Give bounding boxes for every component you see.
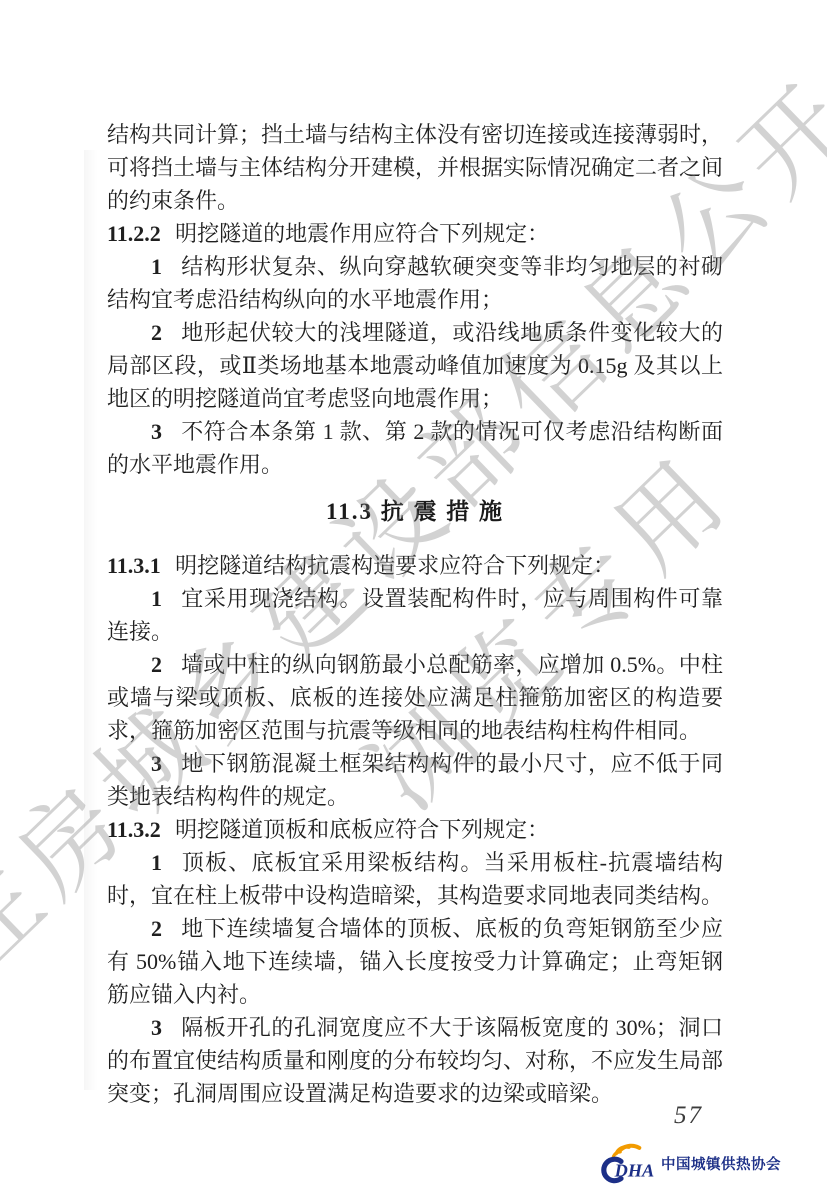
item-text: 墙或中柱的纵向钢筋最小总配筋率，应增加 0.5%。中柱或墙与梁或顶板、底板的连接… [107,652,723,743]
clause-item: 3隔板开孔的孔洞宽度应不大于该隔板宽度的 30%；洞口的布置宜使结构质量和刚度的… [107,1011,723,1110]
item-text: 地下钢筋混凝土框架结构构件的最小尺寸，应不低于同类地表结构构件的规定。 [107,751,723,809]
clause-item: 1结构形状复杂、纵向穿越软硬突变等非均匀地层的衬砌结构宜考虑沿结构纵向的水平地震… [107,250,723,316]
clause-number: 11.2.2 [107,221,161,246]
item-number: 1 [151,254,162,279]
clause-text: 明挖隧道顶板和底板应符合下列规定： [175,817,549,842]
item-text: 地下连续墙复合墙体的顶板、底板的负弯矩钢筋至少应有 50%锚入地下连续墙，锚入长… [107,916,723,1007]
clause-number: 11.3.1 [107,553,161,578]
item-number: 1 [151,850,162,875]
clause-item: 3地下钢筋混凝土框架结构构件的最小尺寸，应不低于同类地表结构构件的规定。 [107,747,723,813]
item-number: 1 [151,586,162,611]
item-number: 3 [151,751,162,776]
clause-item: 2地形起伏较大的浅埋隧道，或沿线地质条件变化较大的局部区段，或Ⅱ类场地基本地震动… [107,316,723,415]
dha-logo-icon: DHA [594,1139,656,1187]
paragraph-text: 结构共同计算；挡土墙与结构主体没有密切连接或连接薄弱时，可将挡土墙与主体结构分开… [107,122,723,213]
logo-abbr-text: DHA [614,1161,655,1181]
clause-text: 明挖隧道结构抗震构造要求应符合下列规定： [175,553,615,578]
paragraph-continuation: 结构共同计算；挡土墙与结构主体没有密切连接或连接薄弱时，可将挡土墙与主体结构分开… [107,118,723,217]
clause-item: 2墙或中柱的纵向钢筋最小总配筋率，应增加 0.5%。中柱或墙与梁或顶板、底板的连… [107,648,723,747]
item-number: 3 [151,1015,162,1040]
clause-item: 1顶板、底板宜采用梁板结构。当采用板柱-抗震墙结构时，宜在柱上板带中设构造暗梁，… [107,846,723,912]
item-text: 不符合本条第 1 款、第 2 款的情况可仅考虑沿结构断面的水平地震作用。 [107,419,723,477]
page-number: 57 [674,1102,703,1130]
clause-text: 明挖隧道的地震作用应符合下列规定： [175,221,549,246]
item-text: 隔板开孔的孔洞宽度应不大于该隔板宽度的 30%；洞口的布置宜使结构质量和刚度的分… [107,1015,723,1106]
item-text: 地形起伏较大的浅埋隧道，或沿线地质条件变化较大的局部区段，或Ⅱ类场地基本地震动峰… [107,320,723,411]
item-text: 顶板、底板宜采用梁板结构。当采用板柱-抗震墙结构时，宜在柱上板带中设构造暗梁，其… [107,850,723,908]
item-text: 结构形状复杂、纵向穿越软硬突变等非均匀地层的衬砌结构宜考虑沿结构纵向的水平地震作… [107,254,723,312]
item-number: 2 [151,652,162,677]
document-page: 住房城乡建设部信息公开 浏览专用 结构共同计算；挡土墙与结构主体没有密切连接或连… [0,0,827,1198]
scan-artifact [84,150,98,1090]
item-number: 3 [151,419,162,444]
logo-text: 中国城镇供热协会 [661,1153,781,1174]
section-heading: 11.3 抗 震 措 施 [107,495,723,528]
clause-11-3-1: 11.3.1明挖隧道结构抗震构造要求应符合下列规定： [107,549,723,582]
item-number: 2 [151,916,162,941]
clause-11-3-2: 11.3.2明挖隧道顶板和底板应符合下列规定： [107,813,723,846]
clause-item: 3不符合本条第 1 款、第 2 款的情况可仅考虑沿结构断面的水平地震作用。 [107,415,723,481]
clause-item: 1宜采用现浇结构。设置装配构件时，应与周围构件可靠连接。 [107,582,723,648]
clause-item: 2地下连续墙复合墙体的顶板、底板的负弯矩钢筋至少应有 50%锚入地下连续墙，锚入… [107,912,723,1011]
association-logo: DHA 中国城镇供热协会 [594,1139,781,1187]
page-content: 结构共同计算；挡土墙与结构主体没有密切连接或连接薄弱时，可将挡土墙与主体结构分开… [107,118,723,1110]
item-number: 2 [151,320,162,345]
clause-number: 11.3.2 [107,817,161,842]
item-text: 宜采用现浇结构。设置装配构件时，应与周围构件可靠连接。 [107,586,723,644]
clause-11-2-2: 11.2.2明挖隧道的地震作用应符合下列规定： [107,217,723,250]
